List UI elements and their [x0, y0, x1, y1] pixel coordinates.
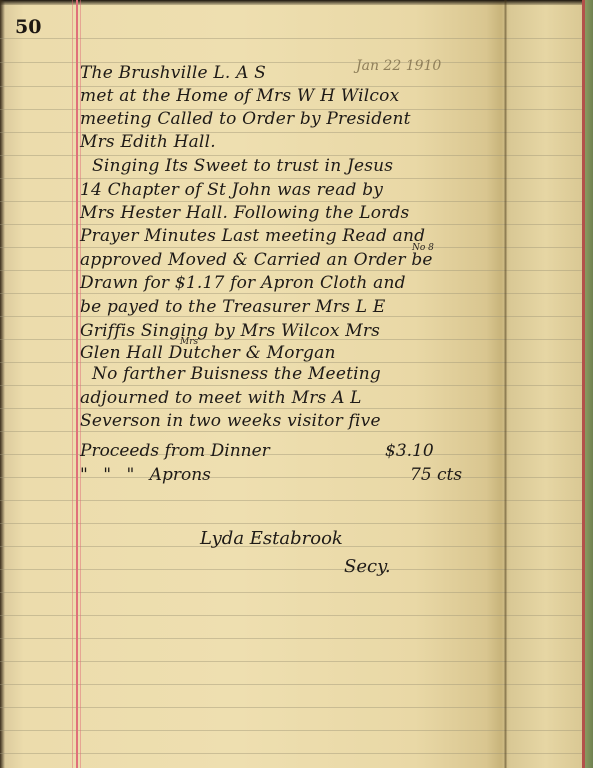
proceeds-label: Proceeds from Dinner	[80, 441, 270, 461]
page-number: 50	[15, 16, 41, 38]
minutes-line: be payed to the Treasurer Mrs L E	[80, 297, 385, 317]
left-page-edge	[0, 0, 5, 768]
meeting-date-note: Jan 22 1910	[356, 58, 441, 74]
left-margin-line	[76, 0, 78, 768]
minutes-line: adjourned to meet with Mrs A L	[80, 388, 362, 408]
page-gutter-fold	[504, 0, 507, 768]
minutes-line: 14 Chapter of St John was read by	[80, 180, 383, 200]
proceeds-label: " " " Aprons	[80, 465, 211, 485]
secretary-signature: Lyda Estabrook	[200, 528, 343, 549]
secretary-title: Secy.	[344, 556, 391, 577]
margin-line-faint	[72, 0, 73, 768]
ledger-page: 50 Jan 22 1910 The Brushville L. A S met…	[0, 0, 593, 768]
proceeds-amount: 75 cts	[410, 465, 462, 485]
minutes-line: Mrs Edith Hall.	[80, 132, 216, 152]
order-number-insertion: No 8	[412, 243, 434, 253]
minutes-line: Drawn for $1.17 for Apron Cloth and	[80, 273, 406, 293]
proceeds-amount: $3.10	[385, 441, 434, 461]
minutes-line: Prayer Minutes Last meeting Read and	[80, 226, 425, 246]
right-edge-strip	[585, 0, 593, 768]
minutes-line: Singing Its Sweet to trust in Jesus	[92, 156, 393, 176]
minutes-line: The Brushville L. A S	[80, 63, 266, 83]
minutes-line: met at the Home of Mrs W H Wilcox	[80, 86, 399, 106]
minutes-line: meeting Called to Order by President	[80, 109, 411, 129]
minutes-line: No farther Buisness the Meeting	[92, 364, 381, 384]
minutes-line: Glen Hall Dutcher & Morgan	[80, 343, 336, 363]
minutes-line: Severson in two weeks visitor five	[80, 411, 381, 431]
minutes-line: approved Moved & Carried an Order be	[80, 250, 433, 270]
mrs-insertion: Mrs	[180, 337, 198, 347]
minutes-line: Griffis Singing by Mrs Wilcox Mrs	[80, 321, 380, 341]
minutes-line: Mrs Hester Hall. Following the Lords	[80, 203, 409, 223]
